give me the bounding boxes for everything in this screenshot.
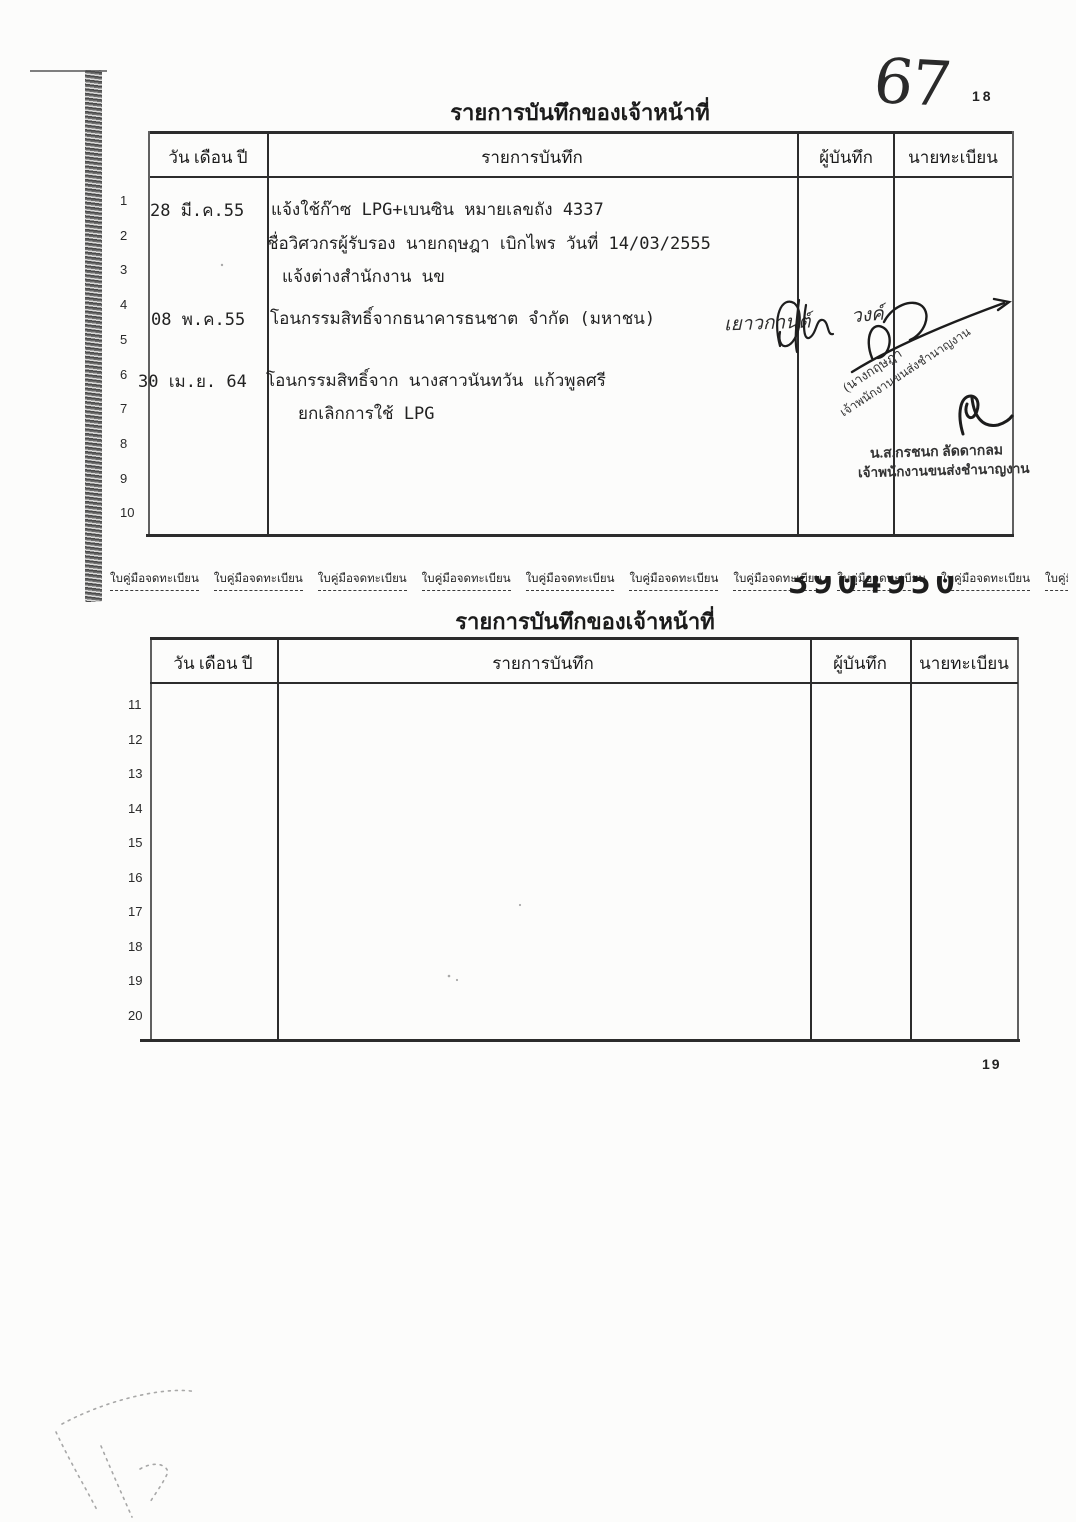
row-number: 13 xyxy=(128,757,158,792)
table1-header-registrar: นายทะเบียน xyxy=(908,144,998,171)
table2-border-right xyxy=(1017,637,1019,1039)
security-strip-text: ใบคู่มือจดทะเบียน xyxy=(214,570,303,591)
table1-header-separator xyxy=(150,176,1012,178)
table1-header-date: วัน เดือน ปี xyxy=(168,144,247,171)
table2-header-registrar: นายทะเบียน xyxy=(919,650,1009,677)
row-number: 9 xyxy=(120,462,150,497)
row-number: 8 xyxy=(120,427,150,462)
handwritten-page-number: 67 xyxy=(870,50,952,116)
entry-text: ยกเลิกการใช้ LPG xyxy=(298,400,435,427)
row-number: 19 xyxy=(128,964,158,999)
row-number: 12 xyxy=(128,723,158,758)
table1-header-recorder: ผู้บันทึก xyxy=(819,144,873,171)
table2-column-divider-registrar xyxy=(910,637,912,1039)
table2-header-date: วัน เดือน ปี xyxy=(173,650,252,677)
table2-column-divider-date xyxy=(277,637,279,1039)
row-number: 11 xyxy=(128,688,158,723)
table2-border-top xyxy=(150,637,1018,640)
page-number-bottom: 19 xyxy=(982,1056,1002,1072)
entry-text: แจ้งต่างสำนักงาน นข xyxy=(282,263,445,290)
security-strip-text: ใบคู่มือจดทะเบียน xyxy=(629,570,718,591)
table2-header-record: รายการบันทึก xyxy=(492,650,594,677)
row-number: 17 xyxy=(128,895,158,930)
row-number: 16 xyxy=(128,861,158,896)
table2-border-bottom xyxy=(140,1039,1020,1042)
table1-border-bottom xyxy=(146,534,1014,537)
bottom-left-faint-sketch xyxy=(56,1390,196,1517)
table1-column-divider-date xyxy=(267,131,269,535)
table2-header-separator xyxy=(150,682,1018,684)
entry-text: โอนกรรมสิทธิ์จากธนาคารธนชาต จำกัด (มหาชน… xyxy=(270,305,655,332)
row-number: 18 xyxy=(128,930,158,965)
security-strip-text: ใบคู่มือจดทะเบียน xyxy=(526,570,615,591)
entry-text: ชื่อวิศวกรผู้รับรอง นายกฤษฎา เบิกไพร วัน… xyxy=(267,230,711,257)
handwritten-recorder-name: เยาวกานต์ xyxy=(724,307,811,340)
page-number-top: 18 xyxy=(972,88,994,104)
security-strip-text: ใบคู่มือจดทะเบียน xyxy=(110,570,199,591)
table1-row-numbers: 1 2 3 4 5 6 7 8 9 10 xyxy=(120,184,150,531)
registrar-initial-mark xyxy=(960,396,1012,434)
row-number: 4 xyxy=(120,288,150,323)
row-number: 5 xyxy=(120,323,150,358)
security-strip-text: ใบคู่มือจดทะเบียน xyxy=(1045,570,1068,591)
entry-text: โอนกรรมสิทธิ์จาก นางสาวนันทวัน แก้วพูลศร… xyxy=(266,367,606,394)
entry-date: 08 พ.ค.55 xyxy=(151,306,245,333)
ink-overlay xyxy=(0,0,1076,1522)
stamp-name-line: (นางกฤษฎา xyxy=(825,264,1029,406)
scanner-edge-band xyxy=(85,70,102,602)
row-number: 2 xyxy=(120,219,150,254)
serial-number-digits: 3904950 xyxy=(788,576,988,599)
registrar-stamp-title: เจ้าพนักงานขนส่งชำนาญงาน xyxy=(858,457,1030,483)
row-number: 10 xyxy=(120,496,150,531)
table1-title: รายการบันทึกของเจ้าหน้าที่ xyxy=(450,95,710,130)
scanner-top-mark xyxy=(30,70,107,72)
table2-header-recorder: ผู้บันทึก xyxy=(833,650,887,677)
table1-header-record: รายการบันทึก xyxy=(481,144,583,171)
security-strip-text: ใบคู่มือจดทะเบียน xyxy=(318,570,407,591)
row-number: 20 xyxy=(128,999,158,1034)
entry-date: 30 เม.ย. 64 xyxy=(138,368,247,395)
row-number: 7 xyxy=(120,392,150,427)
document-serial-number: 3904950 xyxy=(788,576,988,603)
entry-date: 28 มี.ค.55 xyxy=(150,197,244,224)
table1-border-top xyxy=(150,131,1012,134)
table2-row-numbers: 11 12 13 14 15 16 17 18 19 20 xyxy=(128,688,158,1033)
table2-column-divider-recorder xyxy=(810,637,812,1039)
table2-title: รายการบันทึกของเจ้าหน้าที่ xyxy=(455,604,715,639)
security-strip-text: ใบคู่มือจดทะเบียน xyxy=(422,570,511,591)
row-number: 3 xyxy=(120,253,150,288)
registrar-stamp-diagonal: (นางกฤษฎา เจ้าพนักงานขนส่งชำนาญงาน xyxy=(825,264,1039,422)
row-number: 1 xyxy=(120,184,150,219)
handwritten-recorder-name-suffix: วงค์ xyxy=(850,299,885,332)
scanned-document-page: 67 18 รายการบันทึกของเจ้าหน้าที่ วัน เดื… xyxy=(0,0,1076,1522)
row-number: 15 xyxy=(128,826,158,861)
entry-text: แจ้งใช้ก๊าซ LPG+เบนซิน หมายเลขถัง 4337 xyxy=(271,196,604,223)
row-number: 14 xyxy=(128,792,158,827)
